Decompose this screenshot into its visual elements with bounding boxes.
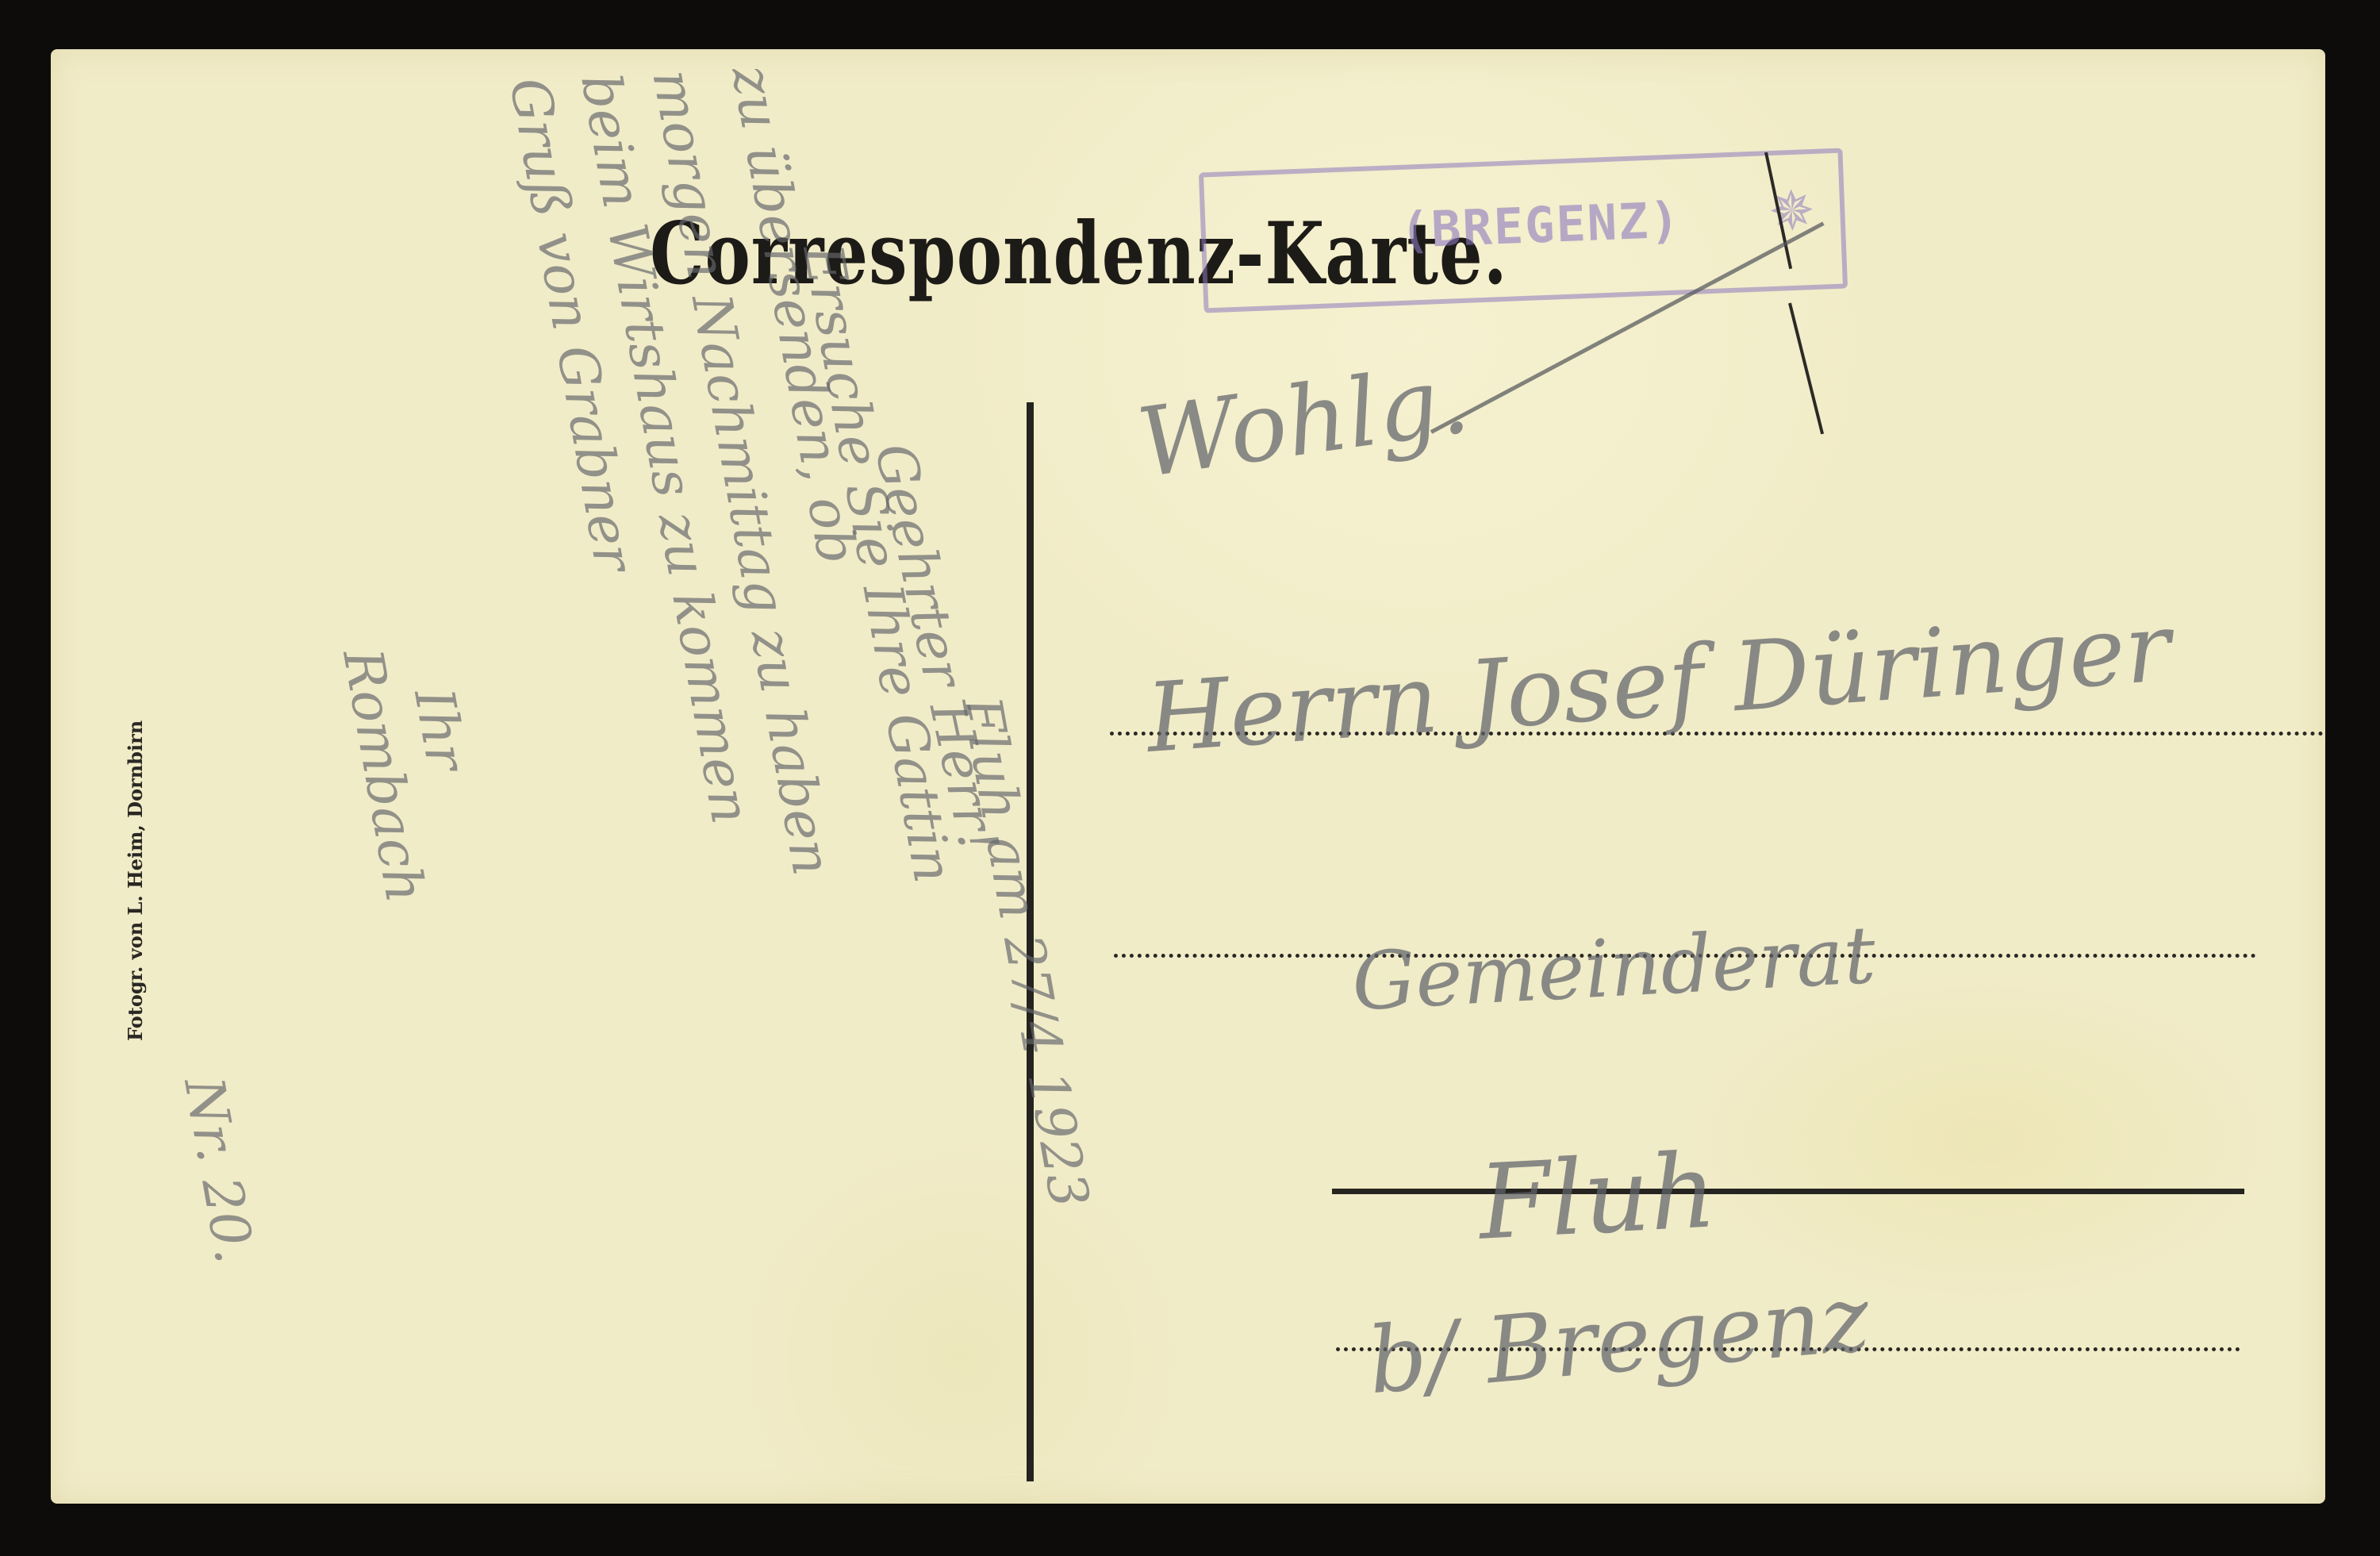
handwritten-number: Nr. 20. [171,1073,266,1268]
postcard: Correspondenz-Karte. Fotogr. von L. Heim… [51,49,2325,1504]
handwritten-recipient-town: Fluh [1476,1130,1719,1262]
address-line-3 [1332,1189,2244,1194]
printer-credit: Fotogr. von L. Heim, Dornbirn [124,720,147,1041]
handwritten-salutation: Wohlg. [1131,344,1475,500]
pencil-mark [1788,303,1824,435]
stamp-text: (BREGENZ) [1399,190,1681,259]
handwritten-signature: Rombach [330,644,436,907]
postal-stamp: (BREGENZ) ✵ [1199,148,1848,313]
handwritten-message-line: Ihr [401,684,478,775]
handwritten-recipient-region: b/ Bregenz [1364,1266,1873,1416]
handwritten-recipient-title: Gemeinderat [1349,909,1877,1028]
handwritten-recipient-name: Herrn Josef Düringer [1143,593,2175,774]
